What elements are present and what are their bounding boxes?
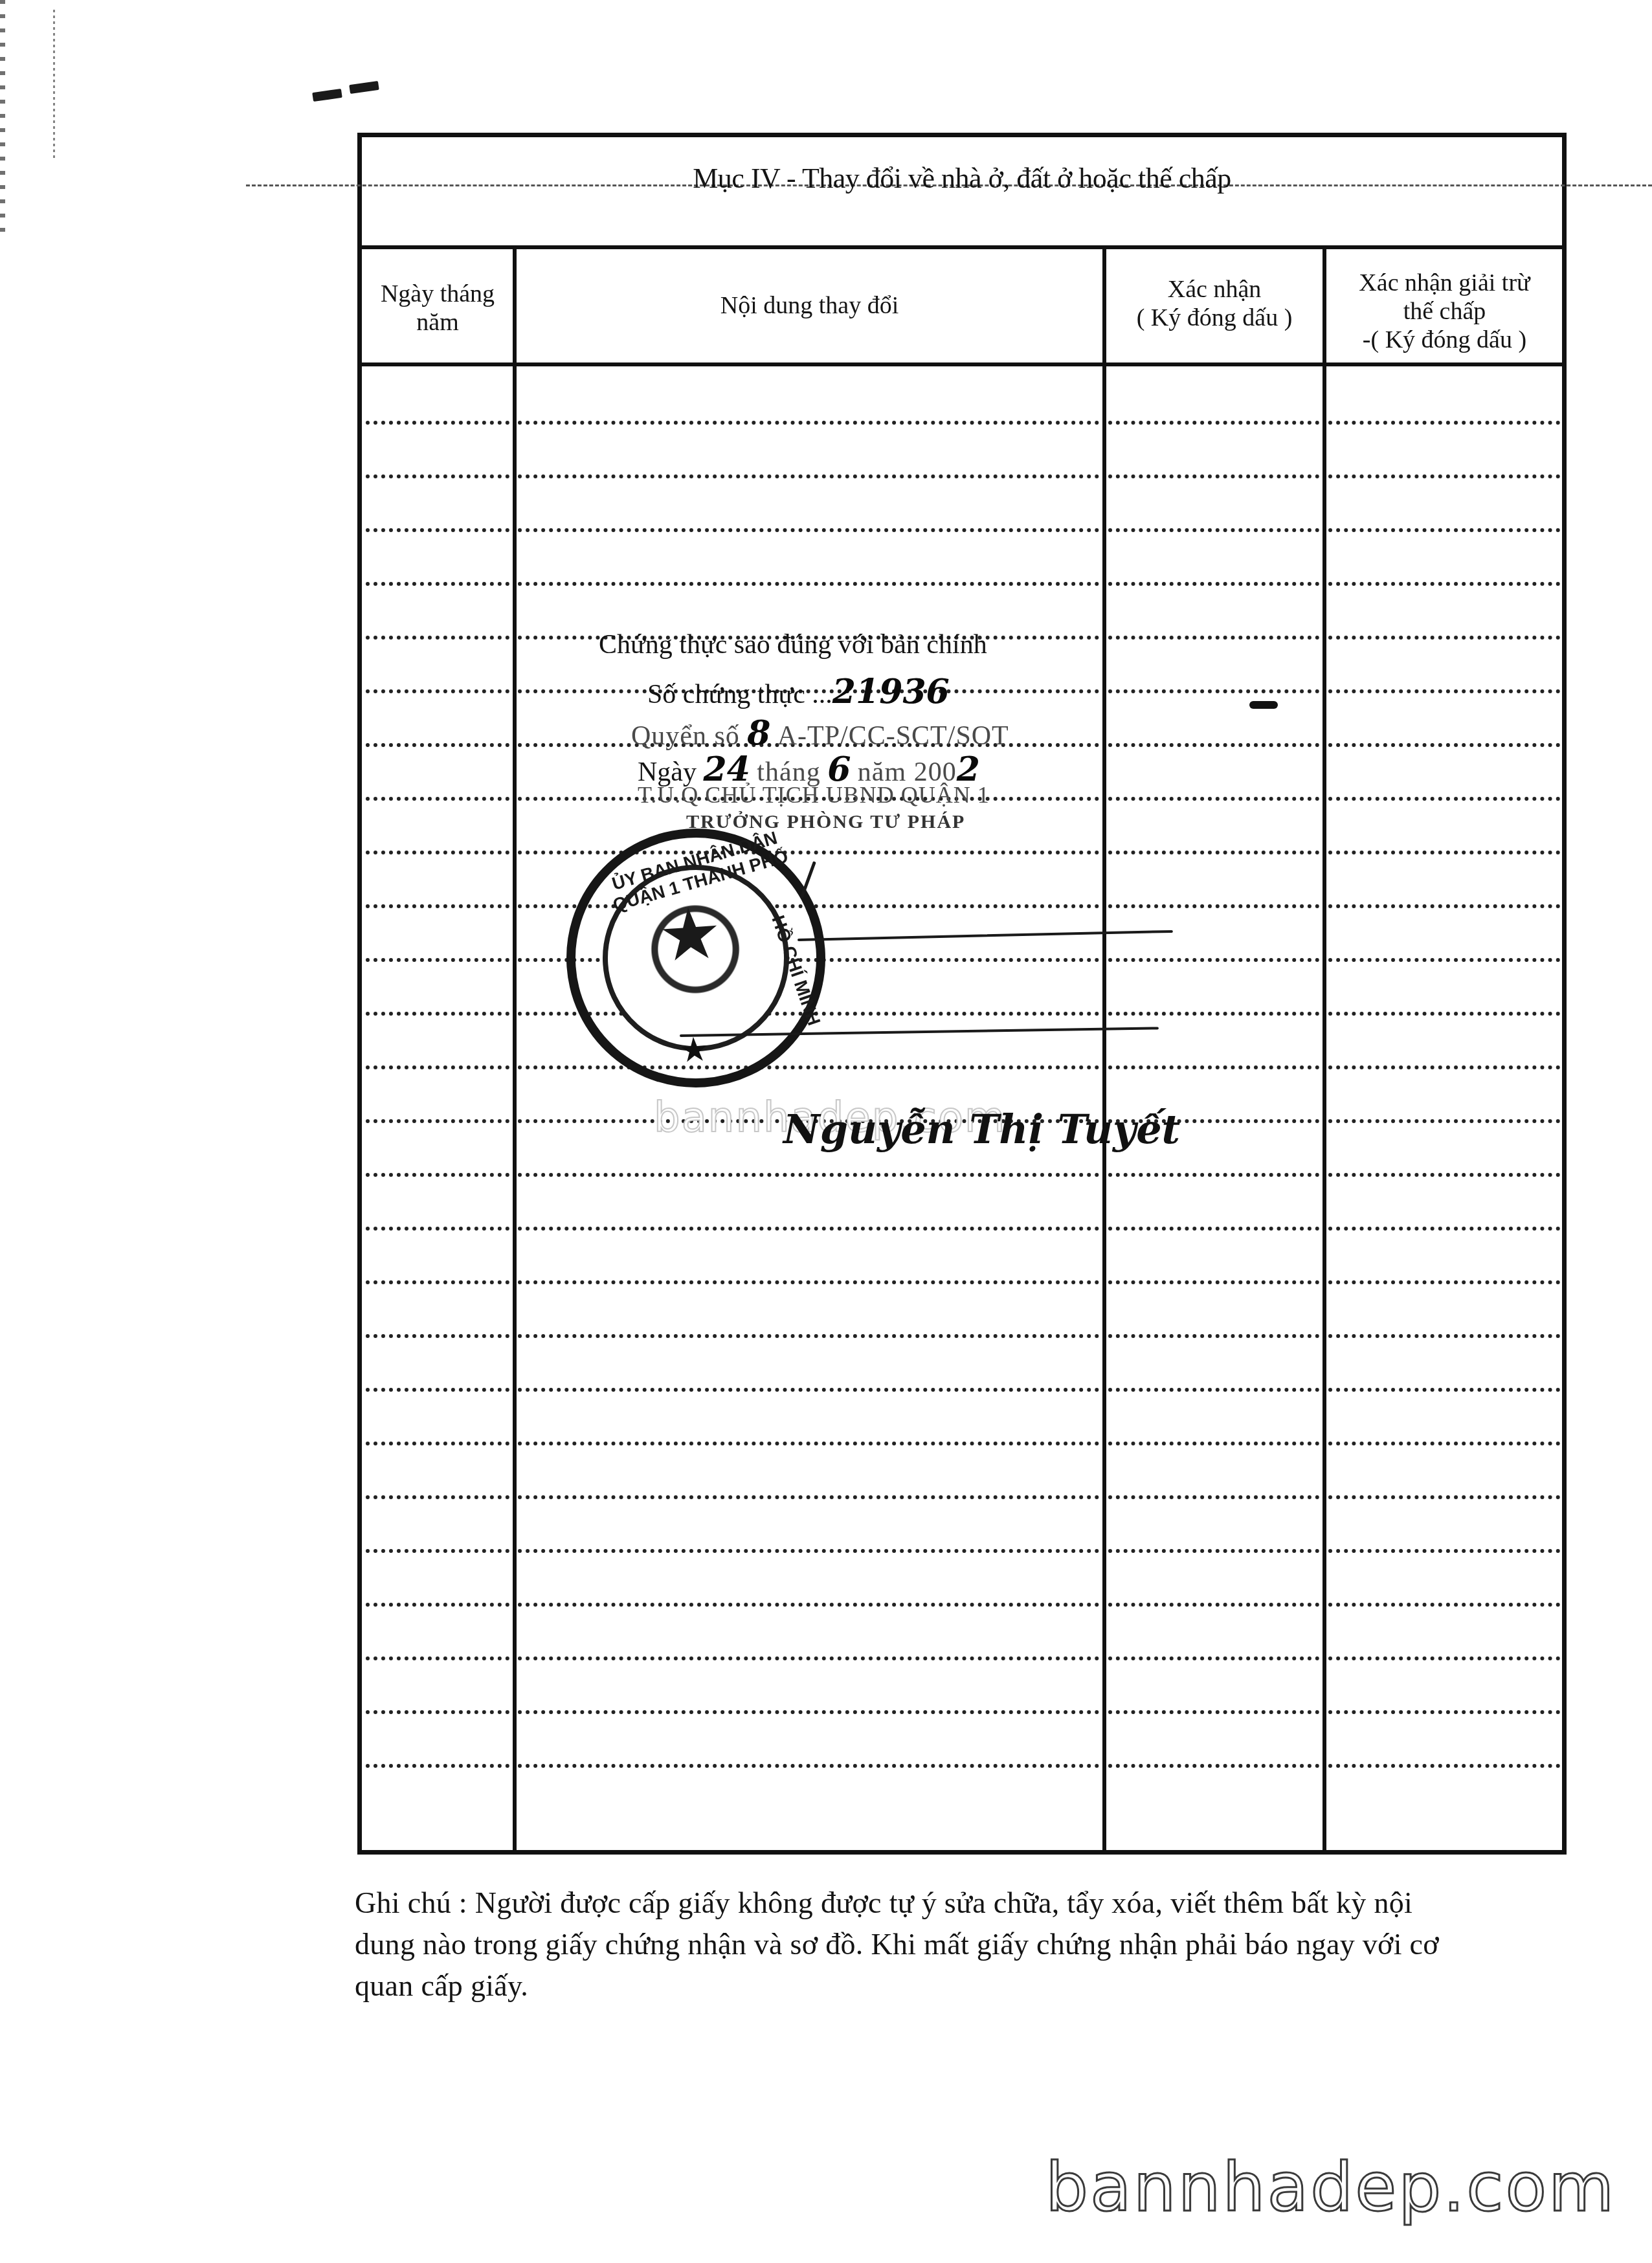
- dotted-line: [1108, 1173, 1319, 1177]
- scan-dash-mark: [312, 89, 342, 102]
- dotted-line: [1328, 1710, 1560, 1714]
- header-row-divider: [357, 362, 1567, 366]
- footnote-line: quan cấp giấy.: [355, 1965, 1617, 2007]
- dotted-line: [366, 904, 509, 908]
- dotted-line: [366, 689, 509, 693]
- dotted-line: [518, 1173, 1099, 1177]
- dotted-line: [1328, 1656, 1560, 1660]
- dotted-line: [1108, 1334, 1319, 1338]
- header-line: Nội dung thay đổi: [517, 291, 1102, 320]
- dotted-line: [1108, 1065, 1319, 1069]
- dotted-line: [366, 1549, 509, 1553]
- dotted-line: [518, 851, 1099, 854]
- dotted-line: [366, 1334, 509, 1338]
- dotted-line: [1328, 1549, 1560, 1553]
- dotted-line: [1108, 1227, 1319, 1231]
- dotted-line: [366, 797, 509, 801]
- dotted-line: [366, 958, 509, 962]
- dotted-line: [366, 1764, 509, 1768]
- footnote-line: dung nào trong giấy chứng nhận và sơ đồ.…: [355, 1924, 1617, 1965]
- certification-book-row: Quyển số 8 A-TP/CC-SCT/SOT: [631, 717, 1009, 750]
- dotted-line: [1108, 689, 1319, 693]
- scan-line-artifact: [53, 10, 55, 159]
- dotted-line: [366, 1280, 509, 1284]
- dotted-line: [518, 1280, 1099, 1284]
- dotted-line: [1108, 1710, 1319, 1714]
- dotted-line: [1328, 1764, 1560, 1768]
- dotted-line: [1108, 1495, 1319, 1499]
- dotted-line: [1108, 636, 1319, 640]
- book-label: Quyển số: [631, 721, 740, 751]
- dotted-line: [518, 1603, 1099, 1607]
- dotted-line: [366, 1065, 509, 1069]
- dotted-line: [1328, 1334, 1560, 1338]
- dotted-line: [366, 528, 509, 532]
- dotted-line: [366, 743, 509, 747]
- dotted-line: [518, 1549, 1099, 1553]
- dotted-line: [1328, 904, 1560, 908]
- dotted-line: [366, 851, 509, 854]
- dotted-line: [1108, 904, 1319, 908]
- signer-name: Nguyễn Thị Tuyết: [783, 1106, 1180, 1153]
- header-line: năm: [363, 308, 513, 337]
- dotted-line: [1328, 797, 1560, 801]
- dotted-line: [518, 474, 1099, 478]
- dotted-line: [1108, 1442, 1319, 1445]
- header-line: Xác nhận giải trừ: [1326, 269, 1563, 297]
- dotted-line: [1328, 636, 1560, 640]
- dotted-line: [366, 1495, 509, 1499]
- certification-number-value: 21936: [832, 672, 950, 711]
- dotted-line: [366, 1227, 509, 1231]
- column-divider-3: [1323, 247, 1326, 1855]
- footnote-line: Ghi chú : Người được cấp giấy không được…: [355, 1882, 1617, 1924]
- dotted-line: [366, 1710, 509, 1714]
- dotted-line: [1328, 851, 1560, 854]
- dotted-line: [518, 1065, 1099, 1069]
- dotted-line: [1328, 474, 1560, 478]
- dotted-line: [1328, 1388, 1560, 1392]
- dotted-line: [1108, 474, 1319, 478]
- dotted-line: [366, 474, 509, 478]
- dotted-line: [366, 1388, 509, 1392]
- dotted-line: [518, 582, 1099, 586]
- dotted-line: [366, 1603, 509, 1607]
- header-line: -( Ký đóng dấu ): [1326, 326, 1563, 354]
- dotted-line: [518, 1227, 1099, 1231]
- dotted-line: [1328, 1173, 1560, 1177]
- certification-heading: Chứng thực sao đúng với bản chính: [599, 631, 987, 658]
- dotted-line: [1108, 1656, 1319, 1660]
- dotted-line: [1108, 1764, 1319, 1768]
- book-value: 8: [747, 713, 771, 753]
- dotted-line: [1108, 1549, 1319, 1553]
- dotted-line: [518, 1710, 1099, 1714]
- book-suffix: A-TP/CC-SCT/SOT: [777, 721, 1009, 751]
- footnote: Ghi chú : Người được cấp giấy không được…: [355, 1882, 1617, 2007]
- column-divider-1: [513, 247, 517, 1855]
- seal-star-icon: ★: [655, 891, 724, 979]
- dotted-line: [518, 528, 1099, 532]
- arrow-mark: [1249, 701, 1278, 709]
- certification-office: TRƯỞNG PHÒNG TƯ PHÁP: [686, 811, 965, 833]
- certification-number-label: Số chứng thực ...: [647, 680, 832, 709]
- site-watermark: bannhadep.com: [1045, 2148, 1616, 2227]
- dotted-line: [1108, 1603, 1319, 1607]
- certification-number-row: Số chứng thực ...21936: [647, 675, 950, 709]
- dotted-line: [1108, 1280, 1319, 1284]
- header-line: thế chấp: [1326, 297, 1563, 326]
- dotted-line: [1328, 689, 1560, 693]
- dotted-line: [1328, 1119, 1560, 1123]
- section-title: Mục IV - Thay đổi về nhà ở, đất ở hoặc t…: [357, 162, 1567, 195]
- changes-table: [357, 133, 1567, 1855]
- dotted-line: [1108, 743, 1319, 747]
- dotted-line: [1108, 1012, 1319, 1016]
- dotted-line: [366, 636, 509, 640]
- dotted-line: [1108, 851, 1319, 854]
- dotted-line: [518, 1334, 1099, 1338]
- dotted-line: [366, 582, 509, 586]
- column-divider-2: [1102, 247, 1106, 1855]
- dotted-line: [366, 1012, 509, 1016]
- dotted-line: [1108, 582, 1319, 586]
- dotted-line: [366, 1119, 509, 1123]
- dotted-line: [518, 1388, 1099, 1392]
- dotted-line: [1328, 421, 1560, 425]
- dotted-line: [366, 1656, 509, 1660]
- dotted-line: [518, 1764, 1099, 1768]
- dotted-line: [1328, 1280, 1560, 1284]
- column-header-confirmation: Xác nhận ( Ký đóng dấu ): [1106, 275, 1323, 332]
- title-row-divider: [357, 245, 1567, 249]
- dotted-line: [1328, 1012, 1560, 1016]
- dotted-line: [1108, 958, 1319, 962]
- dotted-line: [1328, 1442, 1560, 1445]
- dotted-line: [1108, 421, 1319, 425]
- dotted-line: [1108, 1388, 1319, 1392]
- dotted-line: [518, 421, 1099, 425]
- column-header-date: Ngày tháng năm: [363, 280, 513, 337]
- dotted-line: [1108, 528, 1319, 532]
- dotted-line: [366, 1173, 509, 1177]
- scan-dash-mark: [349, 81, 379, 94]
- dotted-line: [1328, 1227, 1560, 1231]
- column-header-mortgage-release: Xác nhận giải trừ thế chấp -( Ký đóng dấ…: [1326, 269, 1563, 354]
- column-header-content: Nội dung thay đổi: [517, 291, 1102, 320]
- header-line: ( Ký đóng dấu ): [1106, 304, 1323, 332]
- dotted-line: [1328, 1495, 1560, 1499]
- scan-edge-artifact: [0, 0, 5, 233]
- dotted-line: [1328, 958, 1560, 962]
- dotted-line: [366, 421, 509, 425]
- dotted-line: [1328, 743, 1560, 747]
- header-line: Ngày tháng: [363, 280, 513, 308]
- dotted-line: [1328, 528, 1560, 532]
- dotted-line: [1328, 1065, 1560, 1069]
- dotted-line: [518, 1656, 1099, 1660]
- header-line: Xác nhận: [1106, 275, 1323, 304]
- dotted-line: [1328, 1603, 1560, 1607]
- dotted-line: [1108, 797, 1319, 801]
- certification-authority: T.U.Q CHỦ TỊCH UBND QUẬN 1: [638, 783, 990, 807]
- dotted-line: [1328, 582, 1560, 586]
- dotted-line: [518, 1495, 1099, 1499]
- dotted-line: [366, 1442, 509, 1445]
- dotted-line: [518, 1442, 1099, 1445]
